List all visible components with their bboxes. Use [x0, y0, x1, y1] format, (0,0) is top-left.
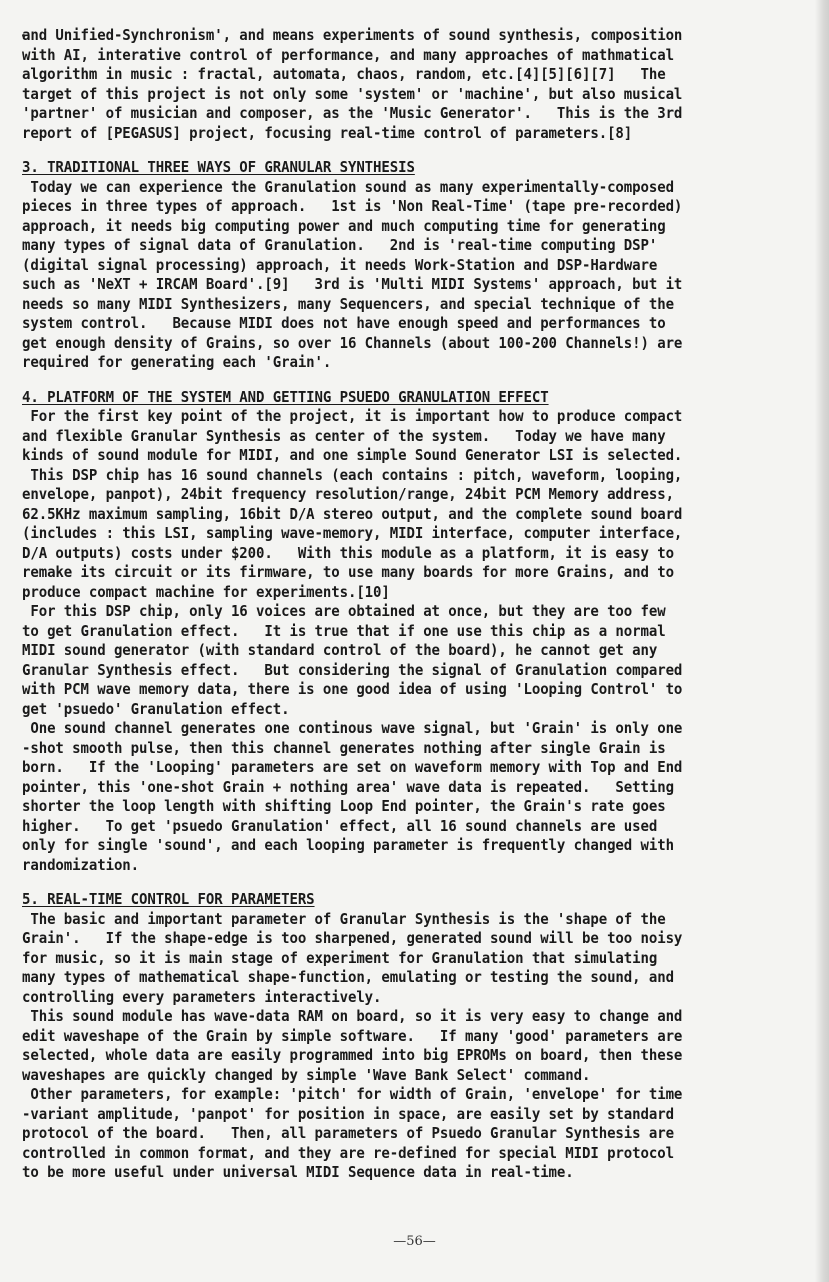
- text-line: algorithm in music : fractal, automata, …: [22, 65, 738, 85]
- text-line: pointer, this 'one-shot Grain + nothing …: [22, 778, 738, 798]
- text-line: shorter the loop length with shifting Lo…: [22, 797, 738, 817]
- section-body: For the first key point of the project, …: [22, 407, 738, 875]
- text-line: -shot smooth pulse, then this channel ge…: [22, 739, 738, 759]
- text-line: to get Granulation effect. It is true th…: [22, 622, 738, 642]
- text-line: One sound channel generates one continou…: [22, 719, 738, 739]
- text-line: higher. To get 'psuedo Granulation' effe…: [22, 817, 738, 837]
- text-line: controlling every parameters interactive…: [22, 988, 738, 1008]
- text-line: D/A outputs) costs under $200. With this…: [22, 544, 738, 564]
- text-line: many types of signal data of Granulation…: [22, 236, 738, 256]
- text-line: report of [PEGASUS] project, focusing re…: [22, 124, 738, 144]
- section-heading: 4. PLATFORM OF THE SYSTEM AND GETTING PS…: [22, 388, 738, 408]
- text-line: This sound module has wave-data RAM on b…: [22, 1007, 738, 1027]
- text-line: envelope, panpot), 24bit frequency resol…: [22, 485, 738, 505]
- document-body: and Unified-Synchronism', and means expe…: [22, 26, 738, 1183]
- section-body: Today we can experience the Granulation …: [22, 178, 738, 373]
- text-line: For this DSP chip, only 16 voices are ob…: [22, 602, 738, 622]
- text-line: 62.5KHz maximum sampling, 16bit D/A ster…: [22, 505, 738, 525]
- text-line: and flexible Granular Synthesis as cente…: [22, 427, 738, 447]
- section-5: 5. REAL-TIME CONTROL FOR PARAMETERS The …: [22, 890, 738, 1183]
- text-line: born. If the 'Looping' parameters are se…: [22, 758, 738, 778]
- text-line: randomization.: [22, 856, 738, 876]
- page-number: —56—: [0, 1234, 829, 1249]
- text-line: only for single 'sound', and each loopin…: [22, 836, 738, 856]
- text-line: produce compact machine for experiments.…: [22, 583, 738, 603]
- text-line: kinds of sound module for MIDI, and one …: [22, 446, 738, 466]
- text-line: with AI, interative control of performan…: [22, 46, 738, 66]
- text-line: Other parameters, for example: 'pitch' f…: [22, 1085, 738, 1105]
- text-line: This DSP chip has 16 sound channels (eac…: [22, 466, 738, 486]
- text-line: to be more useful under universal MIDI S…: [22, 1163, 738, 1183]
- section-body: The basic and important parameter of Gra…: [22, 910, 738, 1183]
- section-4: 4. PLATFORM OF THE SYSTEM AND GETTING PS…: [22, 388, 738, 876]
- text-line: Today we can experience the Granulation …: [22, 178, 738, 198]
- text-line: 'partner' of musician and composer, as t…: [22, 104, 738, 124]
- text-line: waveshapes are quickly changed by simple…: [22, 1066, 738, 1086]
- section-3: 3. TRADITIONAL THREE WAYS OF GRANULAR SY…: [22, 158, 738, 373]
- text-line: remake its circuit or its firmware, to u…: [22, 563, 738, 583]
- section-heading: 3. TRADITIONAL THREE WAYS OF GRANULAR SY…: [22, 158, 738, 178]
- text-line: pieces in three types of approach. 1st i…: [22, 197, 738, 217]
- section-heading: 5. REAL-TIME CONTROL FOR PARAMETERS: [22, 890, 738, 910]
- text-line: needs so many MIDI Synthesizers, many Se…: [22, 295, 738, 315]
- text-line: -variant amplitude, 'panpot' for positio…: [22, 1105, 738, 1125]
- text-line: get enough density of Grains, so over 16…: [22, 334, 738, 354]
- text-line: for music, so it is main stage of experi…: [22, 949, 738, 969]
- text-line: required for generating each 'Grain'.: [22, 353, 738, 373]
- text-line: (digital signal processing) approach, it…: [22, 256, 738, 276]
- text-line: selected, whole data are easily programm…: [22, 1046, 738, 1066]
- text-line: target of this project is not only some …: [22, 85, 738, 105]
- text-line: Granular Synthesis effect. But consideri…: [22, 661, 738, 681]
- text-line: MIDI sound generator (with standard cont…: [22, 641, 738, 661]
- text-line: edit waveshape of the Grain by simple so…: [22, 1027, 738, 1047]
- text-line: get 'psuedo' Granulation effect.: [22, 700, 738, 720]
- text-line: (includes : this LSI, sampling wave-memo…: [22, 524, 738, 544]
- text-line: The basic and important parameter of Gra…: [22, 910, 738, 930]
- text-line: approach, it needs big computing power a…: [22, 217, 738, 237]
- page-edge-shadow: [815, 0, 829, 1282]
- text-line: such as 'NeXT + IRCAM Board'.[9] 3rd is …: [22, 275, 738, 295]
- text-line: with PCM wave memory data, there is one …: [22, 680, 738, 700]
- intro-paragraph: and Unified-Synchronism', and means expe…: [22, 26, 738, 143]
- text-line: system control. Because MIDI does not ha…: [22, 314, 738, 334]
- text-line: For the first key point of the project, …: [22, 407, 738, 427]
- text-line: many types of mathematical shape-functio…: [22, 968, 738, 988]
- text-line: Grain'. If the shape-edge is too sharpen…: [22, 929, 738, 949]
- text-line: and Unified-Synchronism', and means expe…: [22, 26, 738, 46]
- text-line: controlled in common format, and they ar…: [22, 1144, 738, 1164]
- text-line: protocol of the board. Then, all paramet…: [22, 1124, 738, 1144]
